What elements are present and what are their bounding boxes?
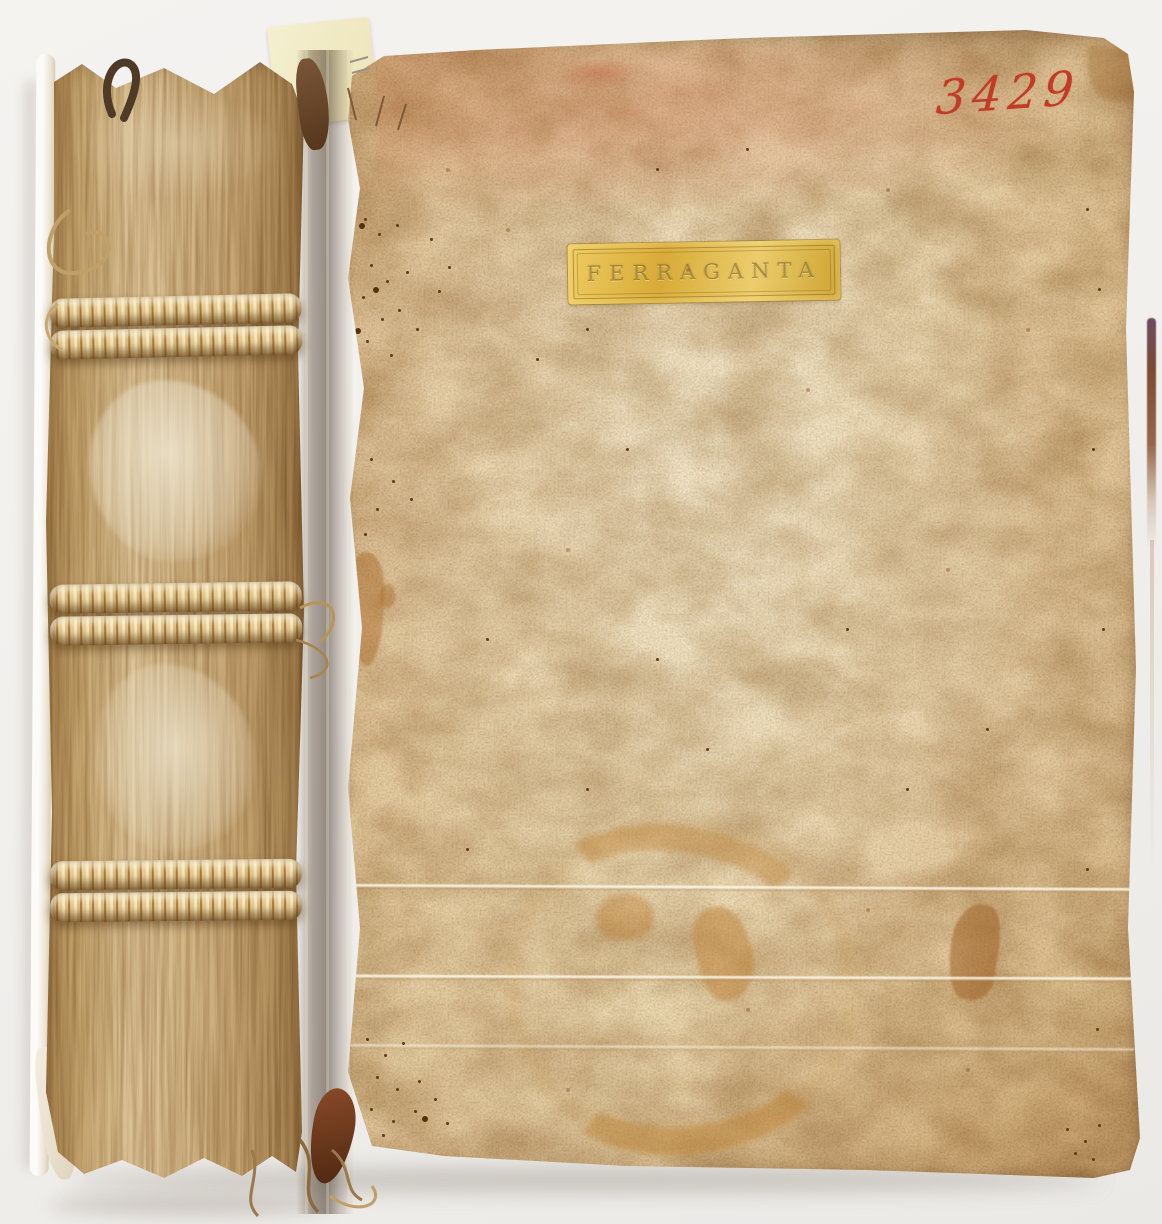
gilt-label-text: FERRAGANTA <box>586 258 821 286</box>
wormhole <box>422 1116 428 1122</box>
sewing-cord <box>50 891 302 923</box>
drip-stain <box>380 584 395 608</box>
wormhole <box>355 328 361 334</box>
wormhole <box>359 223 365 229</box>
sewing-cord <box>50 859 302 891</box>
front-cover: 3429 FERRAGANTA <box>326 28 1142 1180</box>
sewing-cord <box>50 613 302 646</box>
spine-ground-shadow <box>50 1196 330 1214</box>
sewing-cord <box>49 293 302 328</box>
joint-torn-slivers <box>296 50 354 1214</box>
shelfmark-text: 3429 <box>922 52 1095 134</box>
sewing-cord <box>50 581 302 614</box>
stain-blob <box>596 894 654 940</box>
sewing-cord <box>50 325 303 360</box>
spine-joint <box>296 50 354 1214</box>
faded-red-inscription <box>557 55 645 91</box>
photograph: 3429 FERRAGANTA <box>0 0 1162 1224</box>
adjacent-book-edge-tail <box>1150 540 1154 870</box>
gilt-label: FERRAGANTA <box>567 240 840 305</box>
wormhole <box>373 287 379 293</box>
raised-band-1 <box>49 293 302 365</box>
raised-band-3 <box>50 859 303 928</box>
raised-band-2 <box>50 581 303 651</box>
adjacent-book-edge <box>1147 318 1156 548</box>
